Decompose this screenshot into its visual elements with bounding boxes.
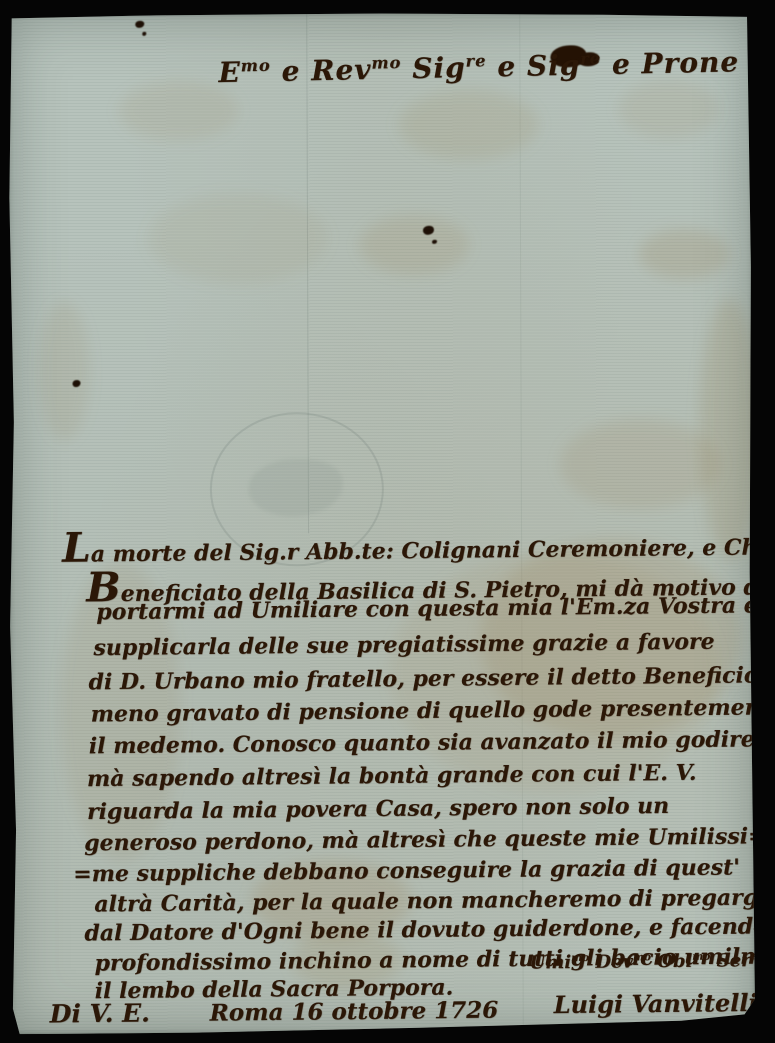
salutation-part: mo <box>371 53 401 73</box>
stain <box>398 89 538 159</box>
body-line: dal Datore d'Ogni bene il dovuto guiderd… <box>84 913 775 946</box>
valediction-part: Ser <box>710 950 750 971</box>
body-line: altrà Carità, per la quale non mancherem… <box>94 884 775 918</box>
salutation-part: Sig <box>401 51 466 85</box>
salutation-part: re <box>465 51 486 70</box>
valediction-part: e <box>750 950 757 962</box>
stain <box>148 193 328 284</box>
salutation-part: e Rev <box>270 53 371 88</box>
body-line: riguarda la mia povera Casa, spero non s… <box>87 793 669 825</box>
valediction: Umimo Devmo Oblmo Sere Vero <box>529 950 775 974</box>
stain <box>639 229 729 279</box>
body-line: generoso perdono, mà altresì che queste … <box>84 823 767 856</box>
stain <box>39 301 89 441</box>
body-line: mà sapendo altresì la bontà grande con c… <box>87 760 697 792</box>
valediction-part: Vero <box>757 950 775 972</box>
addressee-abbreviation: Di V. E. <box>50 998 150 1028</box>
stain <box>560 419 720 510</box>
salutation-part: e Sig <box>486 49 580 84</box>
stain <box>118 80 238 140</box>
valediction-part: mo <box>633 951 651 963</box>
valediction-part: Dev <box>589 951 633 972</box>
ink-speck <box>142 32 146 36</box>
body-line: =me suppliche debbano conseguire la graz… <box>73 854 740 887</box>
salutation-part: e Prone Coll <box>601 44 775 81</box>
salutation-part: re <box>580 49 601 68</box>
scan-backdrop: 6-07-130 Emo e Revmo Sigre e Sigre e Pro… <box>0 0 775 1043</box>
salutation-part: E <box>218 56 241 89</box>
stain <box>359 215 469 275</box>
valediction-part: mo <box>692 951 710 963</box>
valediction-part: Obl <box>651 951 693 972</box>
valediction-part: mo <box>571 952 589 964</box>
dateline: Roma 16 ottobre 1726 <box>210 997 499 1027</box>
valediction-part: Umi <box>529 952 571 973</box>
signature: Luigi Vanvitelli <box>554 988 758 1019</box>
ink-speck <box>135 21 144 28</box>
letter-paper: Emo e Revmo Sigre e Sigre e Prone Collmo… <box>7 12 756 1035</box>
salutation-part: mo <box>240 56 270 76</box>
stain <box>618 79 718 139</box>
